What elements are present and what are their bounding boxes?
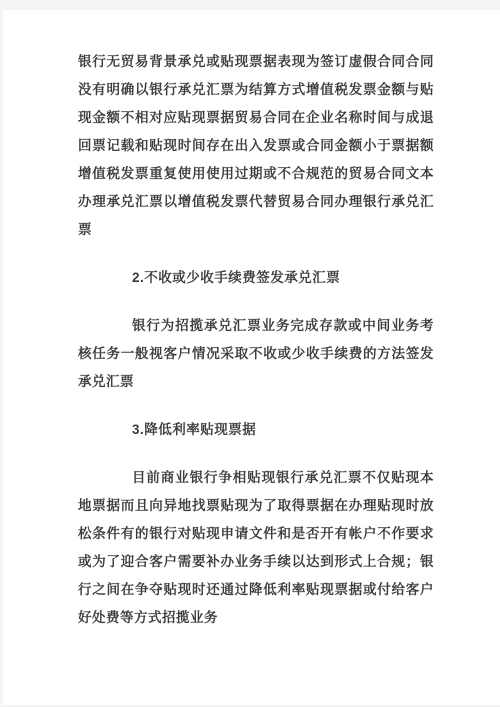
document-page: 银行无贸易背景承兑或贴现票据表现为签订虚假合同合同没有明确以银行承兑汇票为结算方…: [3, 10, 500, 705]
paragraph-bank-no-trade-background: 银行无贸易背景承兑或贴现票据表现为签订虚假合同合同没有明确以银行承兑汇票为结算方…: [78, 48, 434, 244]
section-heading-2: 2.不收或少收手续费签发承兑汇票: [78, 264, 434, 292]
document-content: 银行无贸易背景承兑或贴现票据表现为签订虚假合同合同没有明确以银行承兑汇票为结算方…: [3, 10, 500, 632]
section-heading-3: 3.降低利率贴现票据: [78, 416, 434, 444]
paragraph-waive-fees: 银行为招揽承兑汇票业务完成存款或中间业务考核任务一般视客户情况采取不收或少收手续…: [78, 312, 434, 396]
document-viewport: 银行无贸易背景承兑或贴现票据表现为签订虚假合同合同没有明确以银行承兑汇票为结算方…: [0, 0, 500, 707]
paragraph-lower-discount-rate: 目前商业银行争相贴现银行承兑汇票不仅贴现本地票据而且向异地找票贴现为了取得票据在…: [78, 464, 434, 632]
